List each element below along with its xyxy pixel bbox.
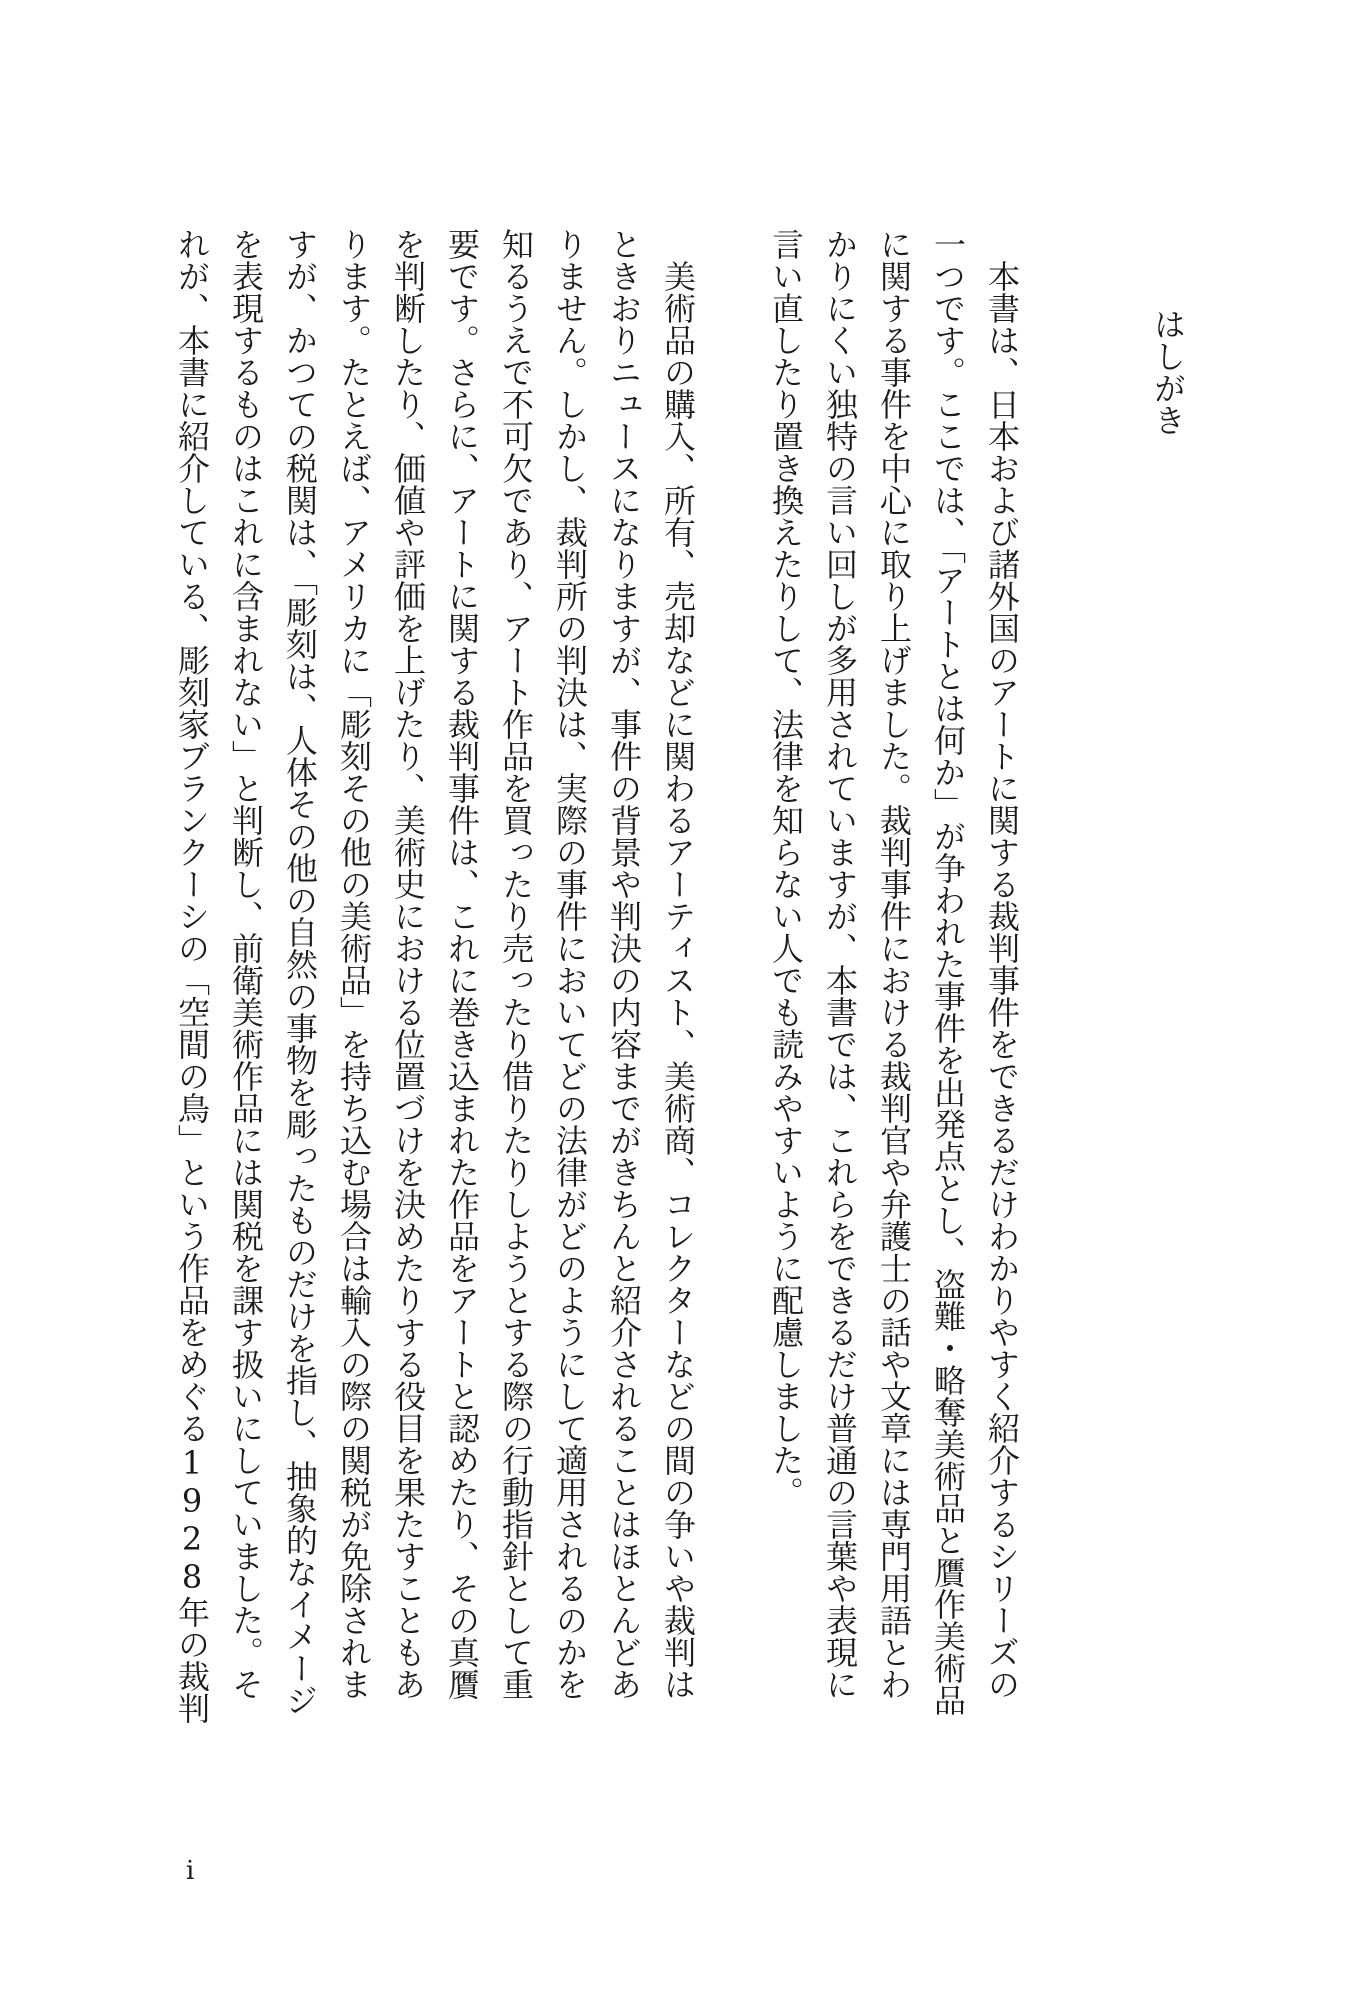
text-column: ときおりニュースになりますが、事件の背景や判決の内容までがきちんと紹介されること… <box>597 228 651 1740</box>
text-column: を表現するものはこれに含まれない」と判断し、前衛美術作品には関税を課す扱いにして… <box>219 228 273 1740</box>
page-number: i <box>186 1858 194 1884</box>
text-column: 本書は、日本および諸外国のアートに関する裁判事件をできるだけわかりやすく紹介する… <box>975 228 1029 1740</box>
paragraph-1: 本書は、日本および諸外国のアートに関する裁判事件をできるだけわかりやすく紹介する… <box>759 228 1029 1740</box>
text-column: すが、かつての税関は、「彫刻は、人体その他の自然の事物を彫ったものだけを指し、抽… <box>273 228 327 1740</box>
text-column: かりにくい独特の言い回しが多用されていますが、本書では、これらをできるだけ普通の… <box>813 228 867 1740</box>
text-column: れが、本書に紹介している、彫刻家ブランクーシの「空間の鳥」という作品をめぐる19… <box>165 228 219 1740</box>
text-column: 言い直したり置き換えたりして、法律を知らない人でも読みやすいように配慮しました。 <box>759 228 813 1740</box>
text-column: りません。しかし、裁判所の判決は、実際の事件においてどの法律がどのようにして適用… <box>543 228 597 1740</box>
book-page: はしがき 本書は、日本および諸外国のアートに関する裁判事件をできるだけわかりやす… <box>0 0 1358 2000</box>
page-title: はしがき <box>1141 228 1195 1740</box>
text-column: 一つです。ここでは、「アートとは何か」が争われた事件を出発点とし、盗難・略奪美術… <box>921 228 975 1740</box>
text-column: 美術品の購入、所有、売却などに関わるアーティスト、美術商、コレクターなどの間の争… <box>651 228 705 1740</box>
text-column: ります。たとえば、アメリカに「彫刻その他の美術品」を持ち込む場合は輸入の際の関税… <box>327 228 381 1740</box>
preface-text-block: はしがき 本書は、日本および諸外国のアートに関する裁判事件をできるだけわかりやす… <box>165 228 1195 1740</box>
text-column: 知るうえで不可欠であり、アート作品を買ったり売ったり借りたりしようとする際の行動… <box>489 228 543 1740</box>
text-column: に関する事件を中心に取り上げました。裁判事件における裁判官や弁護士の話や文章には… <box>867 228 921 1740</box>
paragraph-2: 美術品の購入、所有、売却などに関わるアーティスト、美術商、コレクターなどの間の争… <box>165 228 705 1740</box>
text-column: 要です。さらに、アートに関する裁判事件は、これに巻き込まれた作品をアートと認めた… <box>435 228 489 1740</box>
text-column: を判断したり、価値や評価を上げたり、美術史における位置づけを決めたりする役目を果… <box>381 228 435 1740</box>
